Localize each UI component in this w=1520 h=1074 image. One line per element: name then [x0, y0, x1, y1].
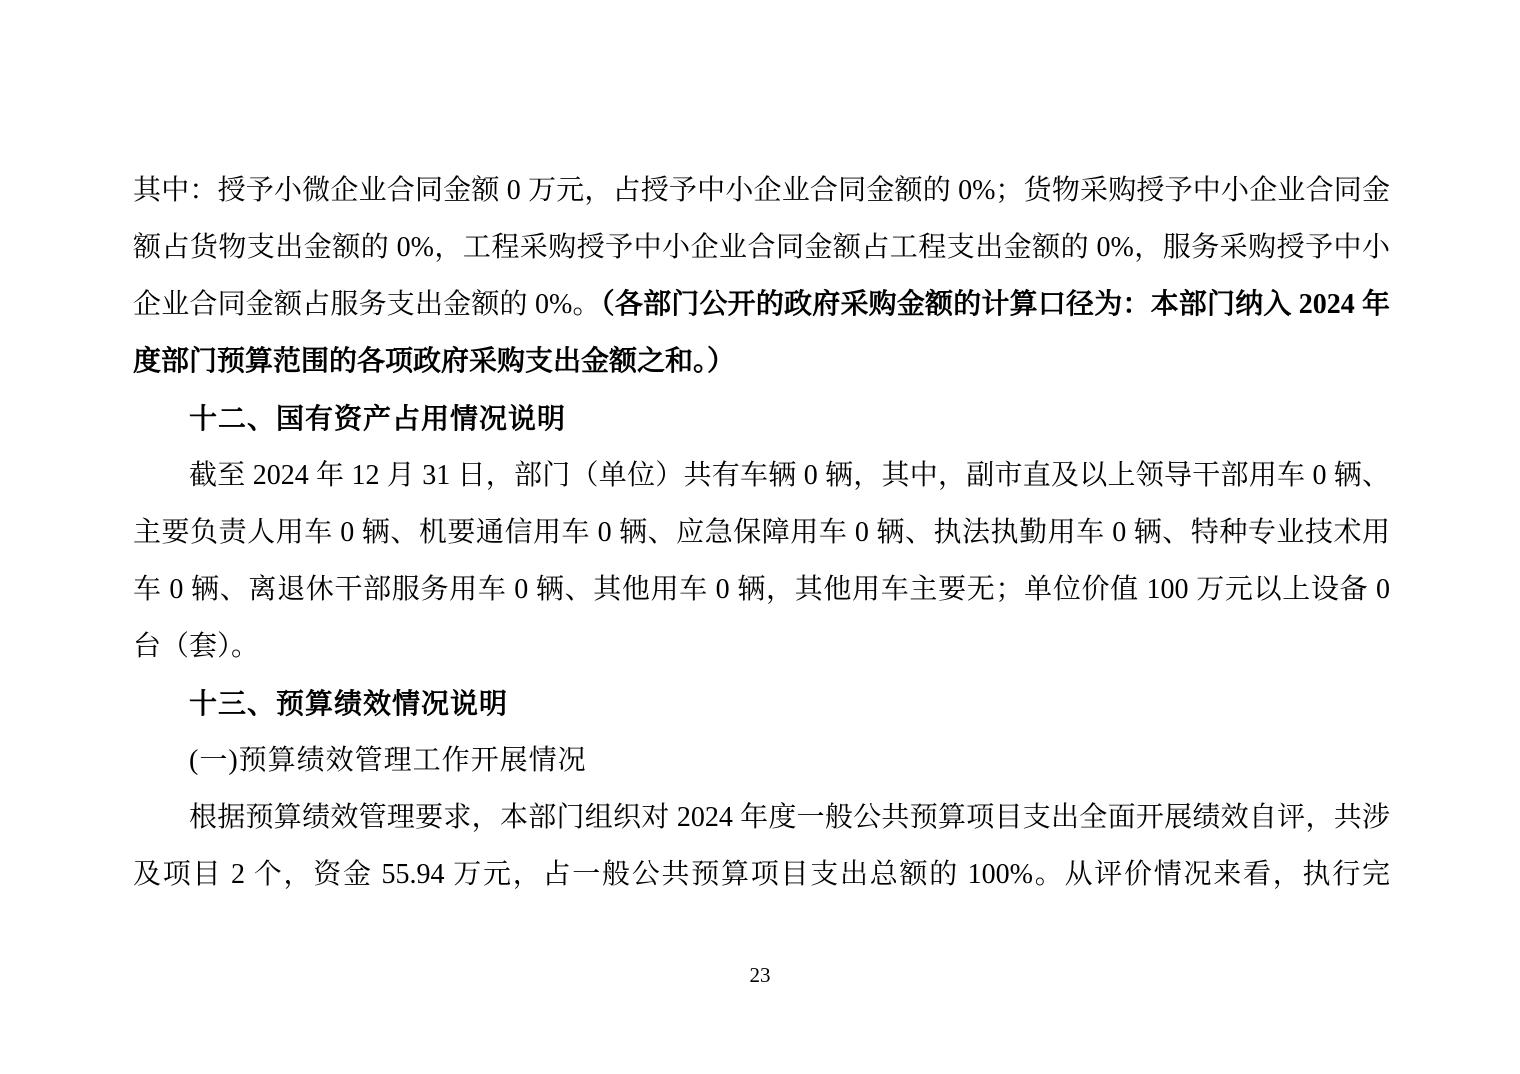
paragraph-heading: 十二、国有资产占用情况说明	[133, 390, 1390, 447]
text-run: 十三、预算绩效情况说明	[189, 688, 508, 719]
page-number: 23	[0, 960, 1520, 990]
paragraph-body: 其中：授予小微企业合同金额 0 万元，占授予中小企业合同金额的 0%；货物采购授…	[133, 162, 1390, 390]
text-run: 截至 2024 年 12 月 31 日，部门（单位）共有车辆 0 辆，其中，副市…	[133, 460, 1390, 662]
document-page: 其中：授予小微企业合同金额 0 万元，占授予中小企业合同金额的 0%；货物采购授…	[0, 0, 1520, 1074]
document-content: 其中：授予小微企业合同金额 0 万元，占授予中小企业合同金额的 0%；货物采购授…	[133, 162, 1390, 903]
paragraph-subheading: (一)预算绩效管理工作开展情况	[133, 732, 1390, 789]
text-run: 十二、国有资产占用情况说明	[189, 403, 566, 434]
paragraph-body: 截至 2024 年 12 月 31 日，部门（单位）共有车辆 0 辆，其中，副市…	[133, 447, 1390, 675]
paragraph-body: 根据预算绩效管理要求，本部门组织对 2024 年度一般公共预算项目支出全面开展绩…	[133, 789, 1390, 903]
text-run: (一)预算绩效管理工作开展情况	[189, 745, 587, 776]
paragraph-heading: 十三、预算绩效情况说明	[133, 675, 1390, 732]
text-run: 根据预算绩效管理要求，本部门组织对 2024 年度一般公共预算项目支出全面开展绩…	[133, 802, 1390, 890]
